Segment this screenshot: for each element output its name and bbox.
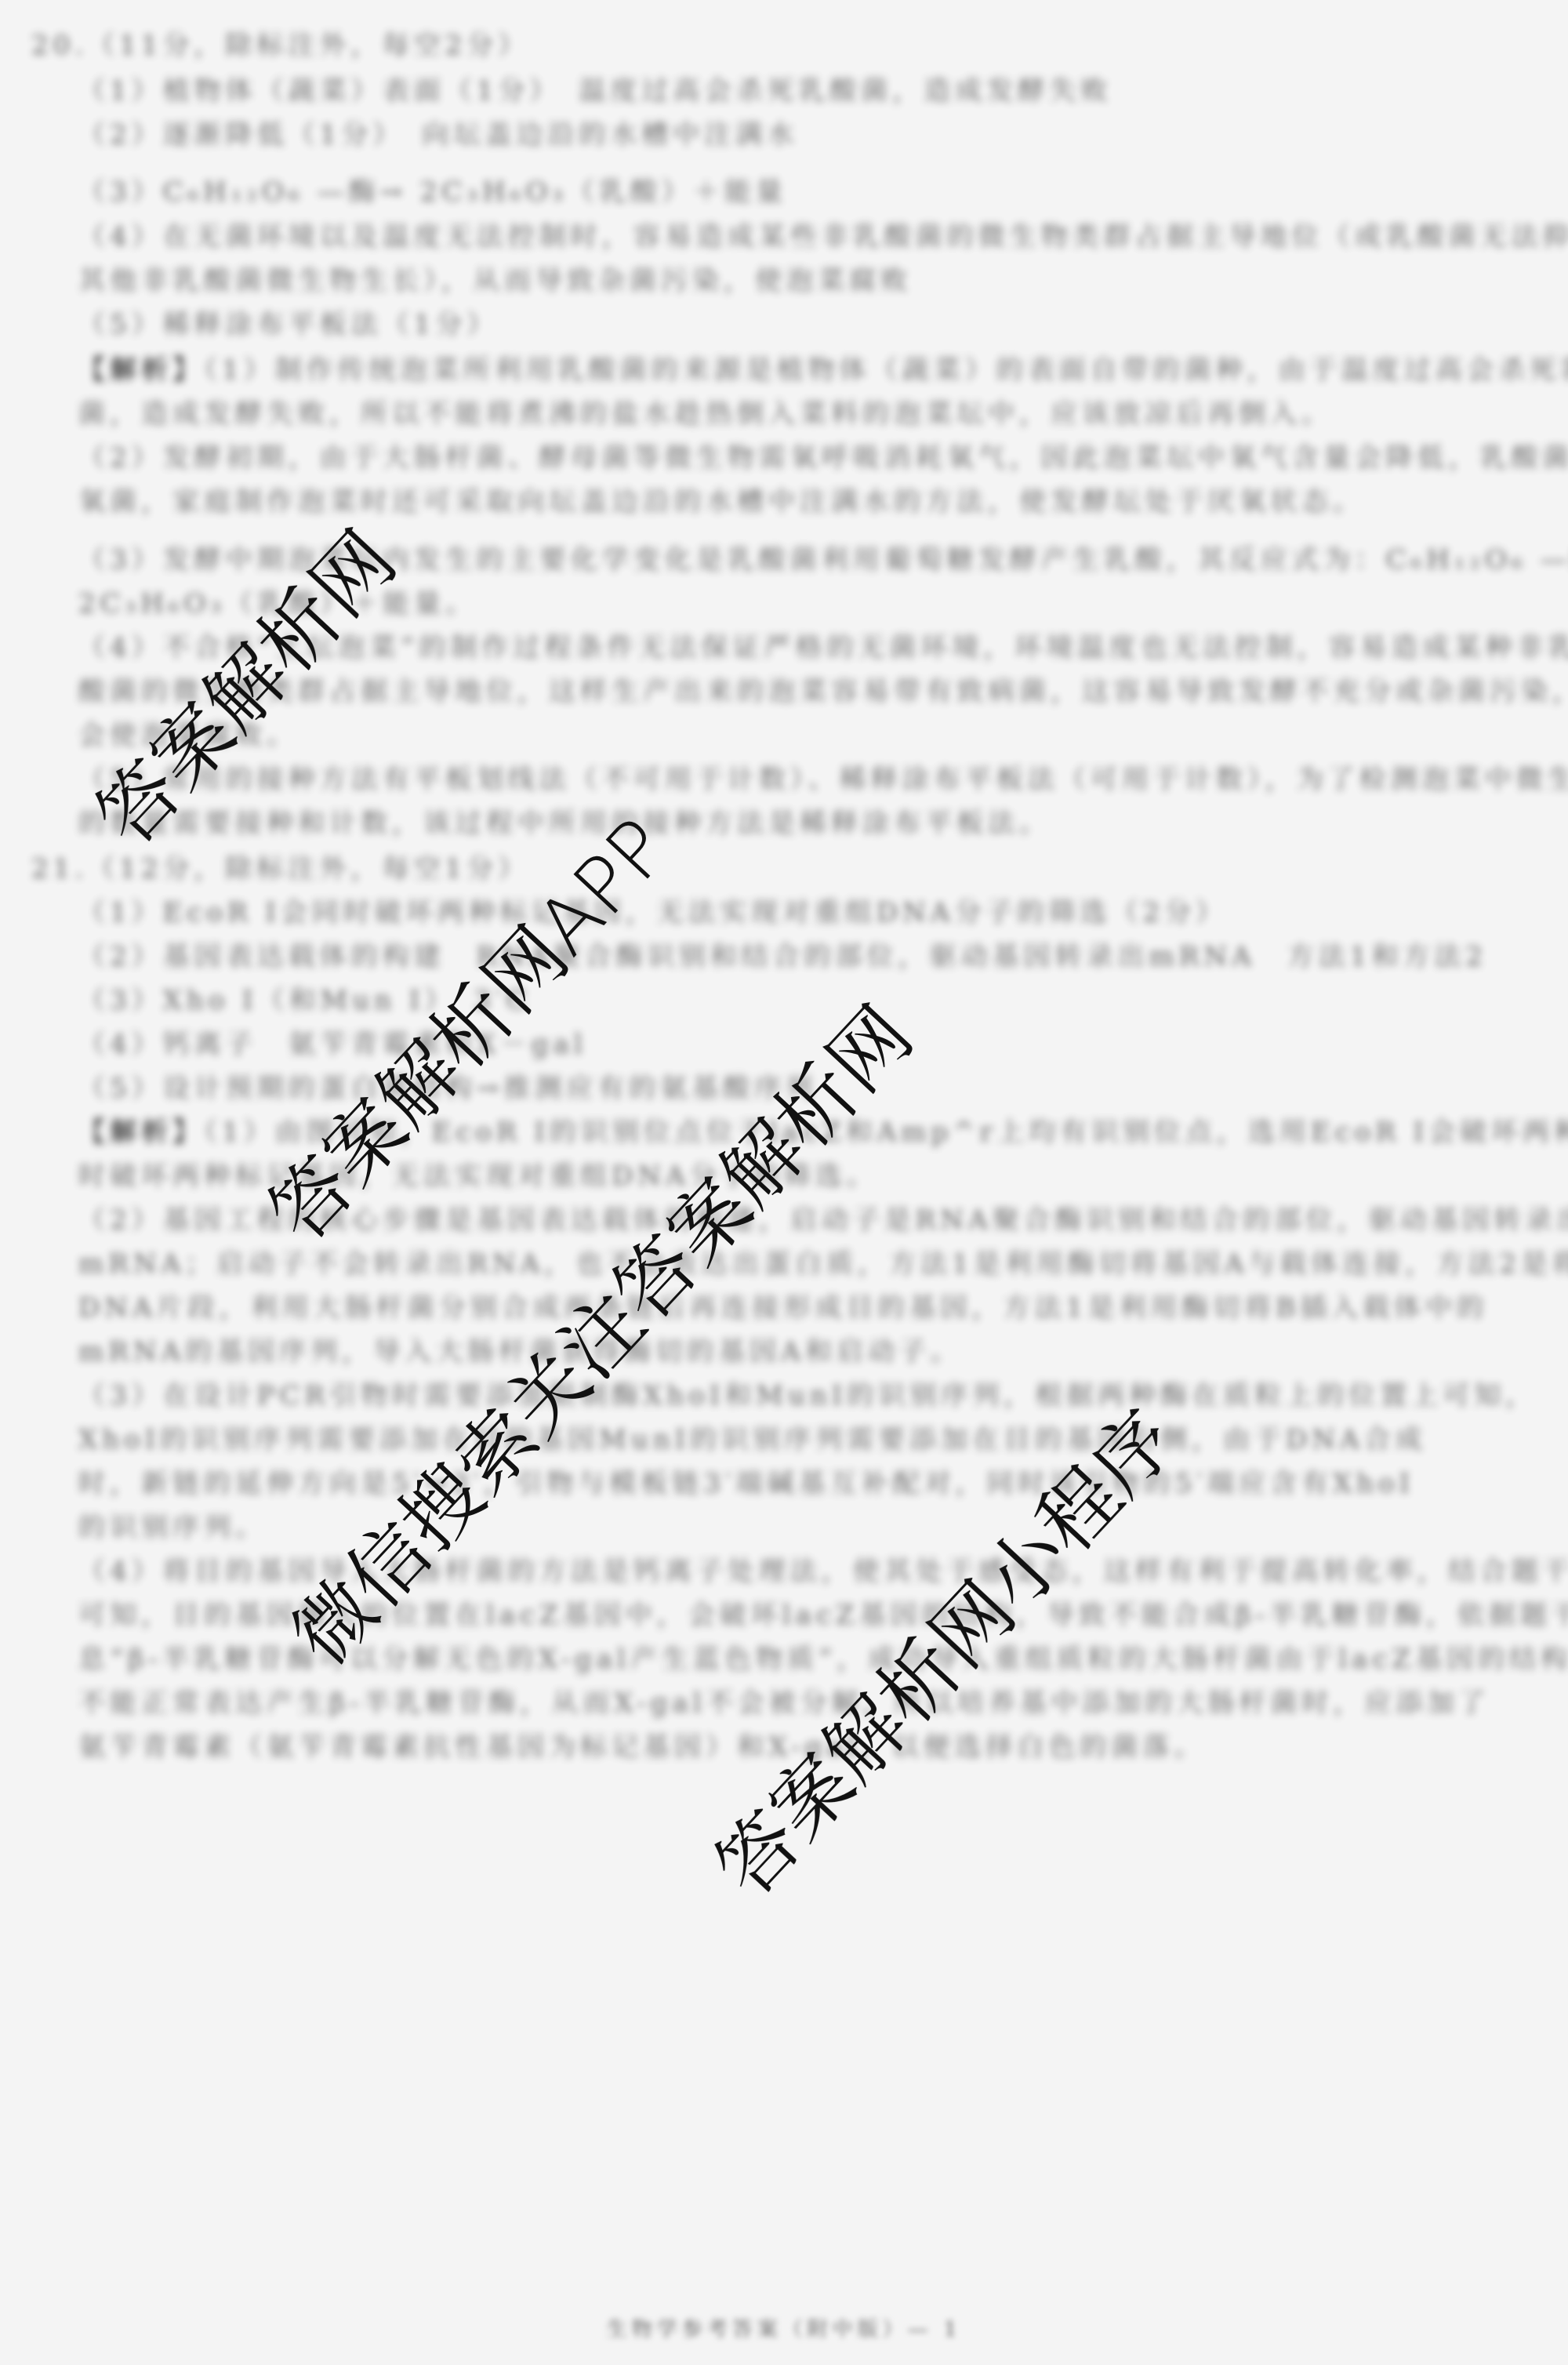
q21-analysis-5: DNA片段，利用大肠杆菌分别合成两条链后再连接形成目的基因，方法1是利用酶切将B…: [78, 1292, 1488, 1324]
q20-answer-3: （3）C₆H₁₂O₆ —酶→ 2C₃H₆O₃（乳酸）＋能量: [78, 176, 787, 208]
q20-header: 20.（11分，除标注外，每空2分）: [31, 30, 529, 61]
q20-analysis-10: （5）常用的接种方法有平板划线法（不可用于计数）、稀释涂布平板法（可用于计数），…: [78, 764, 1568, 795]
q21-analysis-9: 时，新链的延伸方向是5′→3′，引物与模板链3′端碱基互补配对，同时该引物的5′…: [78, 1468, 1414, 1499]
q21-analysis-13: 息“β-半乳糖苷酶可以分解无色的X-gal产生蓝色物质”，成功导入重组质粒的大肠…: [78, 1644, 1568, 1675]
q20-answer-5: （5）稀释涂布平板法（1分）: [78, 309, 498, 340]
analysis-label: 【解析】: [78, 1117, 204, 1148]
q21-analysis-10: 的识别序列。: [78, 1512, 267, 1543]
q20-analysis-3: （2）发酵初期，由于大肠杆菌、酵母菌等微生物需氧呼吸消耗氧气，因此泡菜坛中氧气含…: [78, 442, 1568, 474]
q21-analysis-8: XhoⅠ的识别序列需要添加在目的基因MunⅠ的识别序列需要添加在目的基因右侧，由…: [78, 1424, 1427, 1455]
q20-analysis-1: 【解析】（1）制作传统泡菜所利用乳酸菌的来源是植物体（蔬菜）的表面自带的菌种，由…: [78, 354, 1568, 386]
analysis-label: 【解析】: [78, 354, 204, 386]
page-footer: 生物学参考答案（附中版）— 1: [0, 2313, 1568, 2342]
q21-header: 21.（12分，除标注外，每空1分）: [31, 853, 529, 885]
q21-analysis-14: 不能正常表达产生β-半乳糖苷酶，从而X-gal不会被分解，所以培养基中添加的大肠…: [78, 1687, 1490, 1719]
q20-answer-4a: （4）在无菌环境以及温度无法控制时，容易造成某些非乳酸菌的微生物类群占据主导地位…: [78, 221, 1568, 252]
q21-analysis-15: 氨苄青霉素（氨苄青霉素抗性基因为标记基因）和X-gal，以便选择白色的菌落。: [78, 1731, 1205, 1763]
q21-analysis-4: mRNA；启动子不会转录出RNA，也不会表达出蛋白质，方法1是利用酶切将基因A与…: [78, 1248, 1568, 1280]
q20-analysis-2: 菌，造成发酵失败，所以不能将煮沸的盐水趁热倒入菜料的泡菜坛中，应该放凉后再倒入。: [78, 398, 1333, 430]
q21-answer-2: （2）基因表达载体的构建 RNA聚合酶识别和结合的部位，驱动基因转录出mRNA …: [78, 941, 1487, 972]
q21-analysis-7: （3）在设计PCR引物时需要添加限制酶XhoⅠ和MunⅠ的识别序列，根据两种酶在…: [78, 1380, 1537, 1411]
q20-answer-1: （1）植物体（蔬菜）表面（1分） 温度过高会杀死乳酸菌，造成发酵失败: [78, 75, 1112, 107]
q20-analysis-text: （1）制作传统泡菜所利用乳酸菌的来源是植物体（蔬菜）的表面自带的菌种，由于温度过…: [204, 354, 1568, 386]
q20-answer-2: （2）逐渐降低（1分） 向坛盖边沿的水槽中注满水: [78, 119, 798, 151]
q20-analysis-4: 氧菌，家庭制作泡菜时还可采取向坛盖边沿的水槽中注满水的方法，使发酵坛处于厌氧状态…: [78, 486, 1364, 518]
q20-answer-4b: 其他非乳酸菌微生物生长），从而导致杂菌污染，使泡菜腐败: [78, 265, 912, 296]
